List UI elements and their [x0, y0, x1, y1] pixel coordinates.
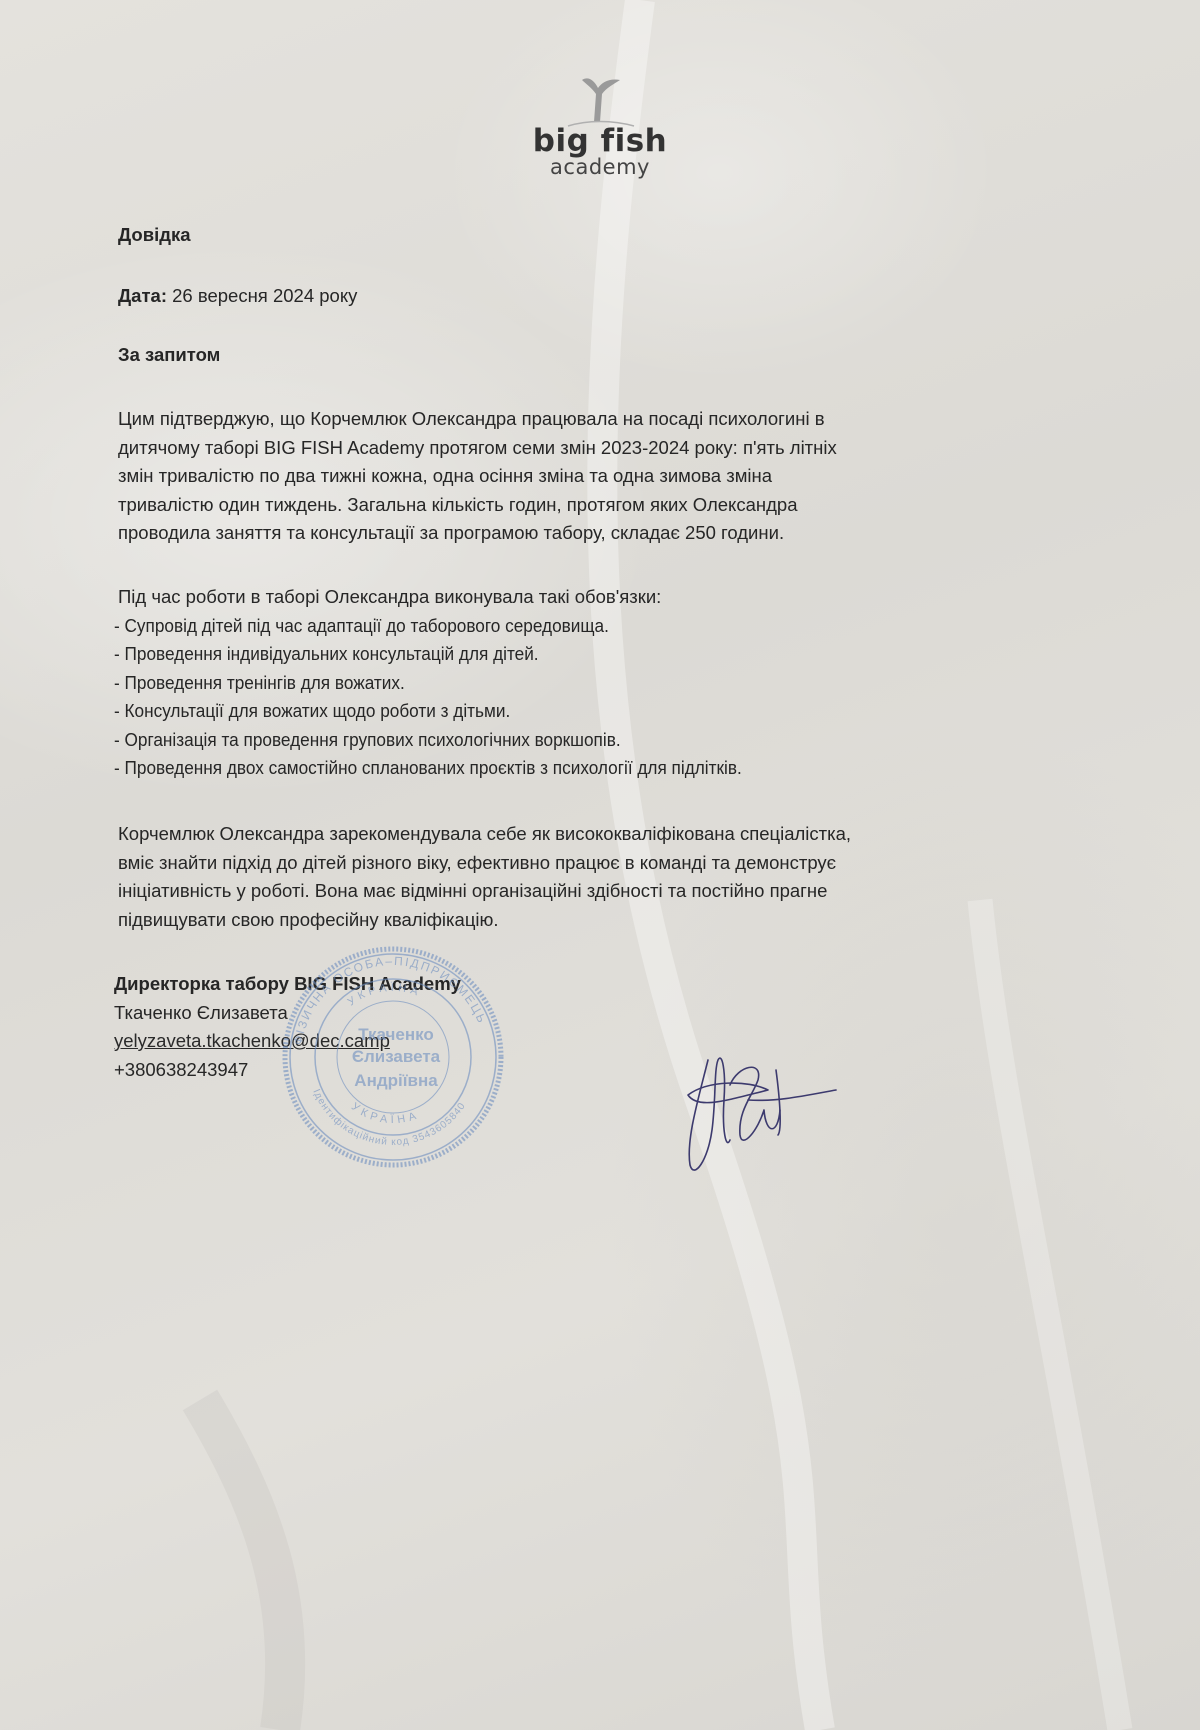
recommendation-line: підвищувати свою професійну кваліфікацію…	[118, 906, 851, 935]
recommendation-paragraph: Корчемлюк Олександра зарекомендувала себ…	[118, 820, 851, 934]
date-value: 26 вересня 2024 року	[172, 285, 357, 306]
document-title: Довідка	[118, 221, 191, 250]
duty-item: - Консультації для вожатих щодо роботи з…	[114, 697, 742, 726]
handwritten-signature	[668, 1040, 848, 1180]
signatory-phone: +380638243947	[114, 1056, 461, 1085]
svg-text:Ідентифікаційний код 354360584: Ідентифікаційний код 3543605840	[310, 1088, 468, 1148]
intro-paragraph: Цим підтверджую, що Корчемлюк Олександра…	[118, 405, 837, 548]
logo-sub: academy	[520, 156, 680, 178]
signatory-block: Директорка табору BIG FISH Academy Ткаче…	[114, 970, 461, 1084]
duties-list: Під час роботи в таборі Олександра викон…	[114, 583, 789, 783]
duty-item: - Проведення індивідуальних консультацій…	[114, 640, 742, 669]
logo-brand: big fish	[520, 126, 680, 156]
signatory-email-link[interactable]: yelyzaveta.tkachenko@dec.camp	[114, 1027, 461, 1056]
svg-text:УКРАЇНА: УКРАЇНА	[349, 1101, 421, 1127]
intro-line: дитячому таборі BIG FISH Academy протяго…	[118, 434, 837, 463]
recommendation-line: Корчемлюк Олександра зарекомендувала себ…	[118, 820, 851, 849]
recommendation-line: вміє знайти підхід до дітей різного віку…	[118, 849, 851, 878]
duty-item: - Проведення тренінгів для вожатих.	[114, 669, 742, 698]
intro-line: Цим підтверджую, що Корчемлюк Олександра…	[118, 405, 837, 434]
recommendation-line: ініціативність у роботі. Вона має відмін…	[118, 877, 851, 906]
duty-item: - Проведення двох самостійно спланованих…	[114, 754, 742, 783]
duty-item: - Супровід дітей під час адаптації до та…	[114, 612, 742, 641]
date-label: Дата:	[118, 285, 167, 306]
whale-tail-icon	[560, 72, 640, 128]
signatory-name: Ткаченко Єлизавета	[114, 999, 461, 1028]
intro-line: проводила заняття та консультації за про…	[118, 519, 837, 548]
date-line: Дата: 26 вересня 2024 року	[118, 282, 357, 311]
company-logo: big fish academy	[520, 72, 680, 178]
intro-line: змін тривалістю по два тижні кожна, одна…	[118, 462, 837, 491]
duties-intro: Під час роботи в таборі Олександра викон…	[114, 583, 789, 612]
intro-line: тривалістю один тиждень. Загальна кількі…	[118, 491, 837, 520]
stamp-bottom-text: УКРАЇНА	[349, 1101, 421, 1127]
signatory-title: Директорка табору BIG FISH Academy	[114, 970, 461, 999]
request-heading: За запитом	[118, 341, 220, 370]
duty-item: - Організація та проведення групових пси…	[114, 726, 742, 755]
stamp-code-text: Ідентифікаційний код 3543605840	[310, 1088, 468, 1148]
